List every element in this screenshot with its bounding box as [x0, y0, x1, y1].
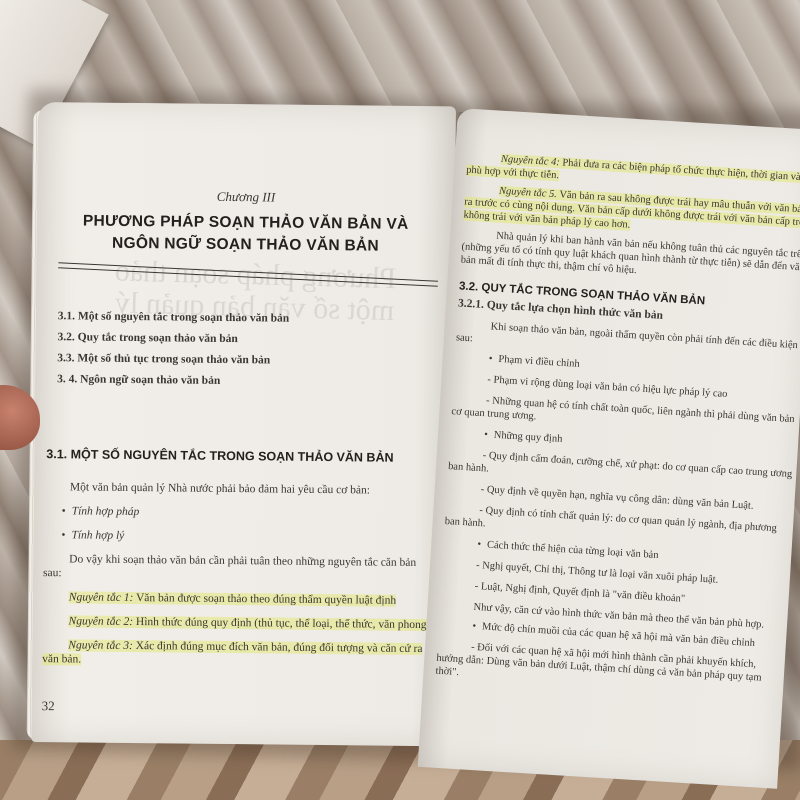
left-body-text: Một văn bản quản lý Nhà nước phải bảo đả…: [42, 480, 436, 680]
chapter-title-line-1: PHƯƠNG PHÁP SOẠN THẢO VĂN BẢN VÀ: [47, 210, 445, 236]
right-page: Nguyên tắc 4: Phải đưa ra các biện pháp …: [418, 108, 800, 789]
section-heading: 3.1. MỘT SỐ NGUYÊN TẮC TRONG SOẠN THẢO V…: [46, 447, 393, 465]
principle-label: Nguyên tắc 2:: [69, 615, 134, 628]
toc-item: 3.3. Một số thủ tục trong soạn thảo văn …: [57, 352, 289, 366]
toc-item: 3.1. Một số nguyên tắc trong soạn thảo v…: [58, 310, 290, 324]
intro-paragraph: Một văn bản quản lý Nhà nước phải bảo đả…: [44, 480, 436, 498]
bullet-item: Tính hợp lý: [43, 528, 435, 546]
chapter-label: Chương III: [37, 187, 455, 207]
principle-1: Nguyên tắc 1: Văn bản được soạn thảo the…: [43, 590, 435, 608]
principle-text: Văn bản được soạn thảo theo đúng thẩm qu…: [133, 592, 396, 607]
principle-text: Hình thức đúng quy định (thủ tục, thể lo…: [133, 616, 433, 631]
principle-2: Nguyên tắc 2: Hình thức đúng quy định (t…: [42, 614, 434, 632]
chapter-contents-list: 3.1. Một số nguyên tắc trong soạn thảo v…: [57, 310, 289, 396]
page-number: 32: [42, 698, 55, 714]
lead-paragraph: Do vậy khi soạn thảo văn bản cần phải tu…: [43, 552, 435, 584]
left-page: Chương III PHƯƠNG PHÁP SOẠN THẢO VĂN BẢN…: [31, 102, 456, 746]
bullet-item: Tính hợp pháp: [44, 504, 436, 522]
chapter-title: PHƯƠNG PHÁP SOẠN THẢO VĂN BẢN VÀ NGÔN NG…: [46, 210, 444, 258]
principle-label: Nguyên tắc 4:: [501, 154, 560, 169]
principle-label: Nguyên tắc 3:: [68, 639, 133, 652]
principle-label: Nguyên tắc 1:: [69, 591, 134, 604]
principle-3: Nguyên tắc 3: Xác định đúng mục đích văn…: [42, 638, 434, 670]
toc-item: 3.2. Quy tắc trong soạn thảo văn bản: [57, 331, 289, 345]
right-body-text: Nguyên tắc 4: Phải đưa ra các biện pháp …: [435, 151, 800, 707]
principle-label: Nguyên tắc 5.: [499, 186, 558, 201]
toc-item: 3. 4. Ngôn ngữ soạn thảo văn bản: [57, 373, 289, 387]
